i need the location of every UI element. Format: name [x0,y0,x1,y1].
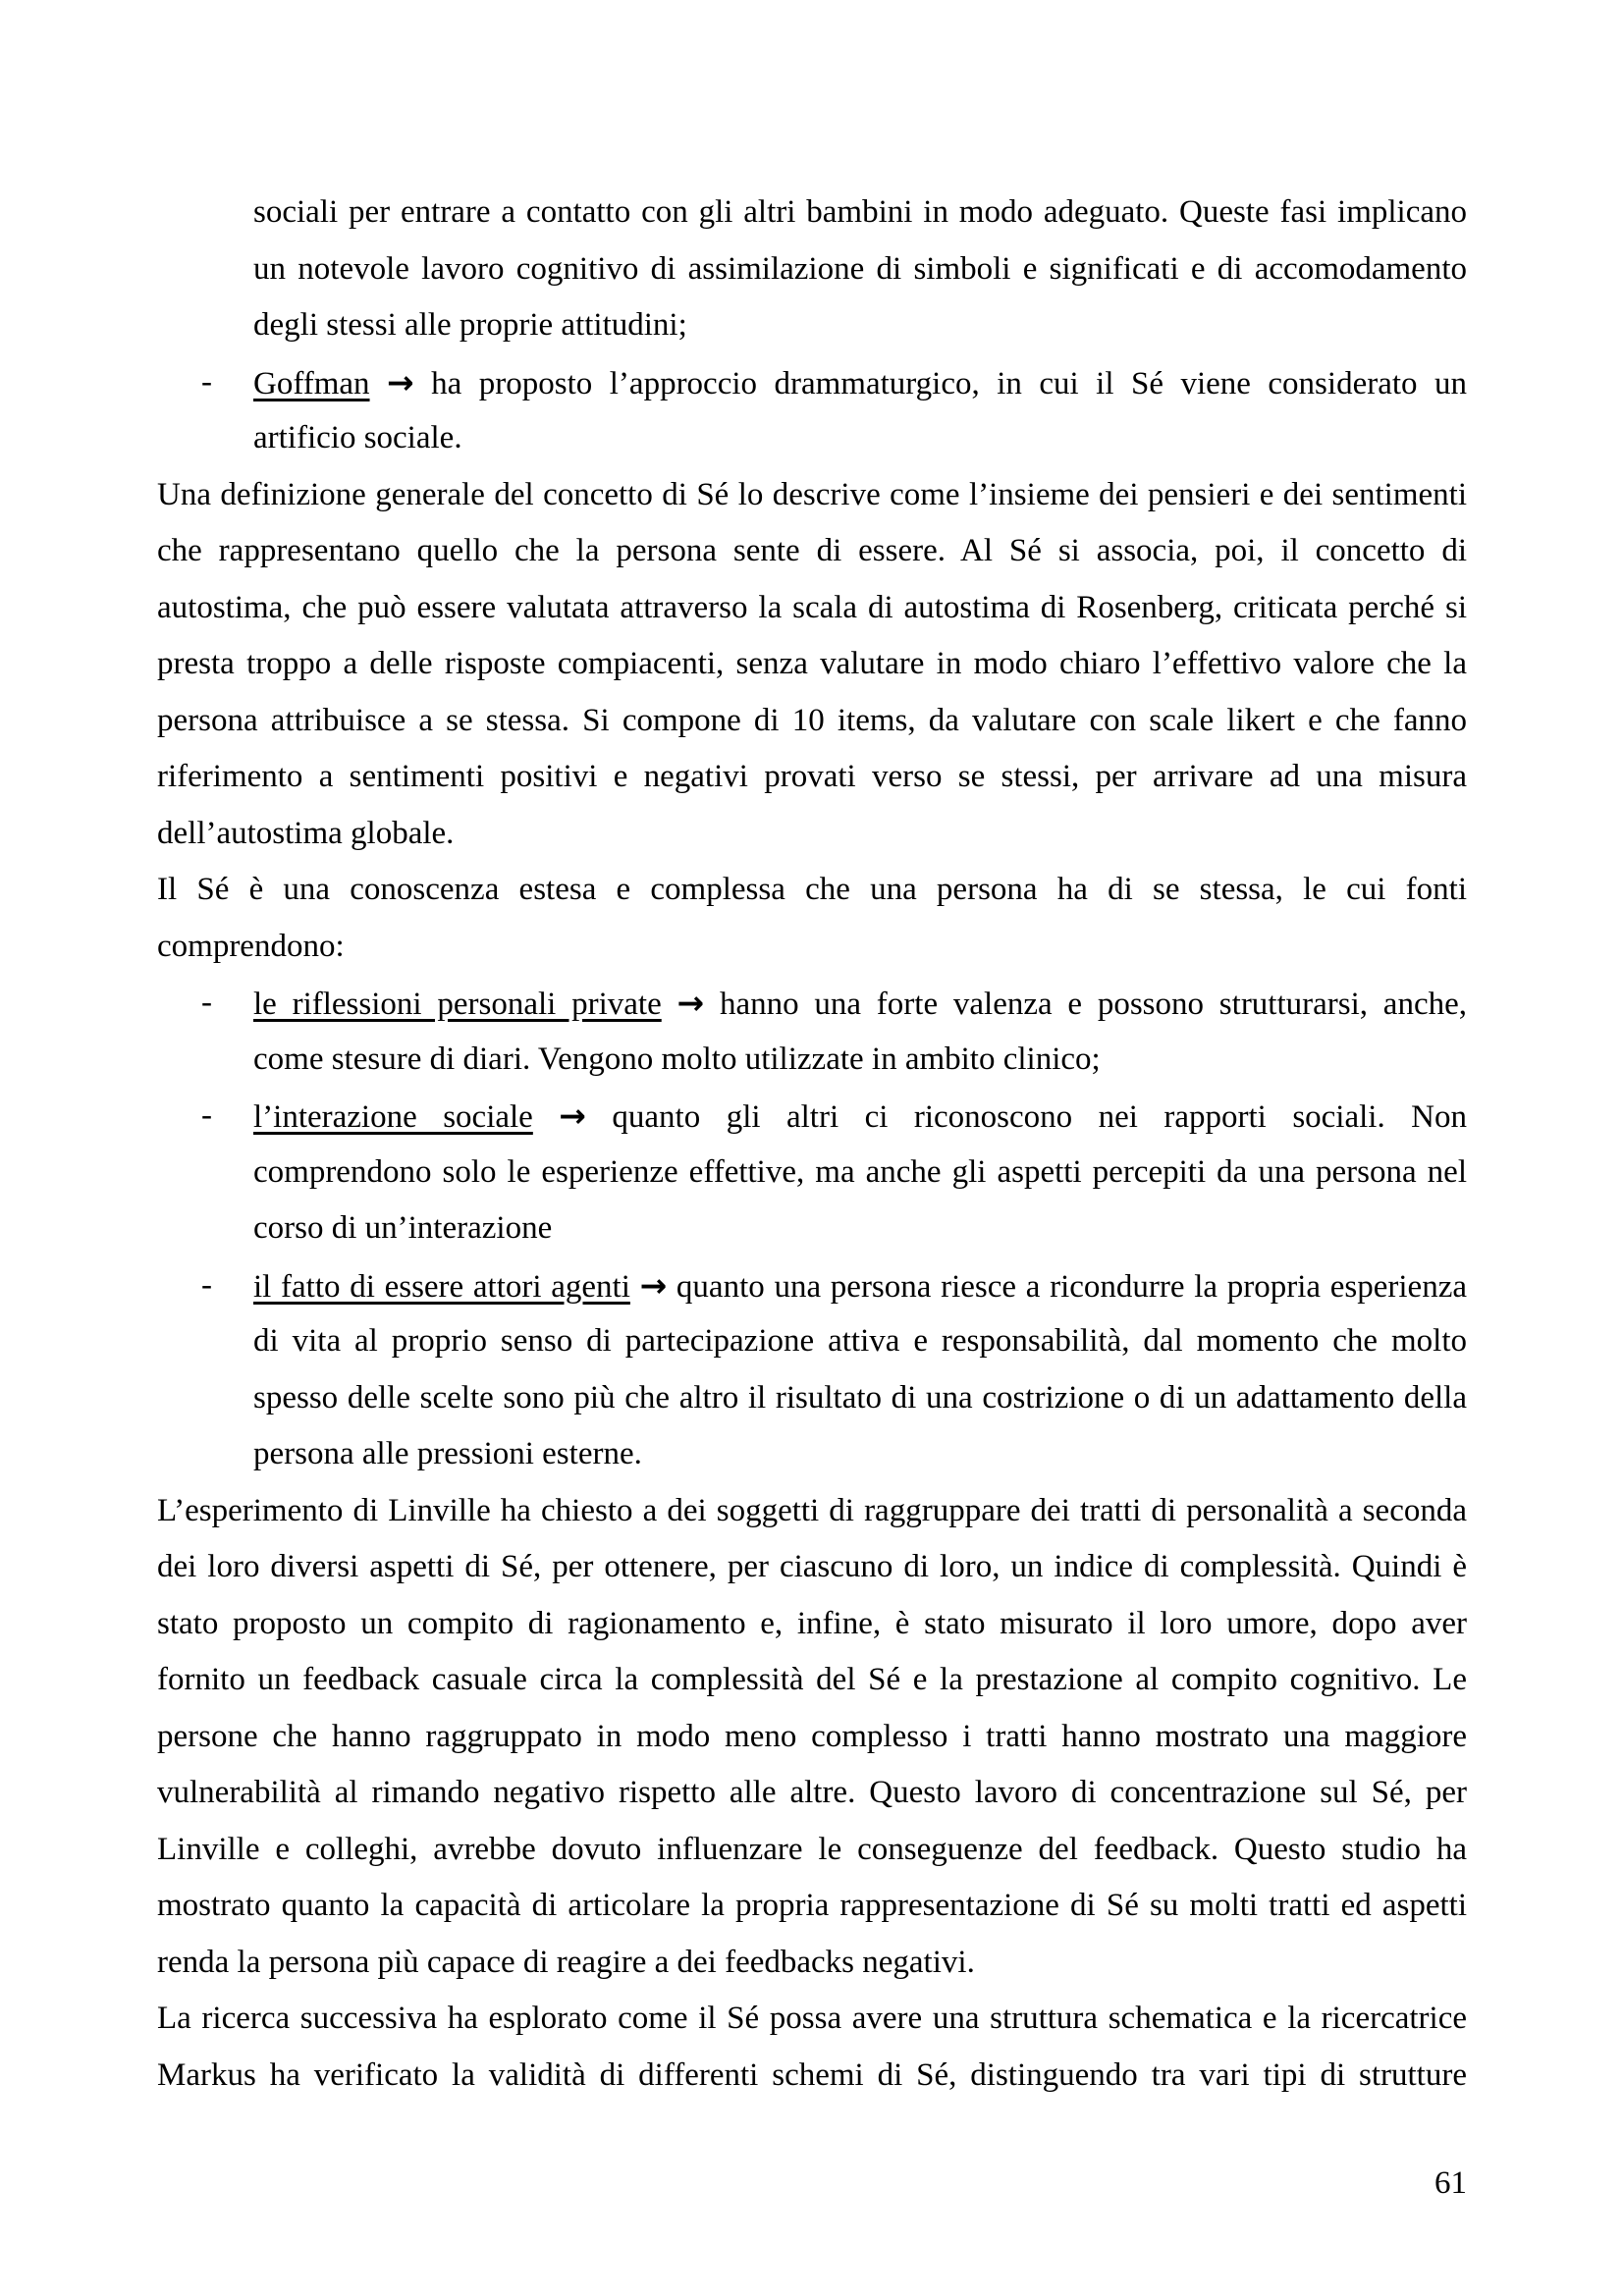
bullet-dash: - [201,975,212,1032]
text-line: artificio sociale. [157,410,1467,467]
text-line: presta troppo a delle risposte compiacen… [157,636,1467,693]
text-line: vulnerabilità al rimando negativo rispet… [157,1765,1467,1822]
text-line: un notevole lavoro cognitivo di assimila… [157,241,1467,298]
text-line: Una definizione generale del concetto di… [157,467,1467,524]
text-run: Markus ha verificato la validità di diff… [157,2057,1467,2093]
text-line: fornito un feedback casuale circa la com… [157,1652,1467,1709]
text-run: persone che hanno raggruppato in modo me… [157,1719,1467,1754]
text-line: dei loro diversi aspetti di Sé, per otte… [157,1539,1467,1596]
arrow-icon: → [640,1266,668,1305]
arrow-icon: → [559,1096,586,1135]
text-run: quanto gli altri ci riconoscono nei rapp… [586,1099,1467,1135]
text-run: renda la persona più capace di reagire a… [157,1945,975,1980]
text-block: sociali per entrare a contatto con gli a… [157,185,1467,2104]
text-run: L’esperimento di Linville ha chiesto a d… [157,1493,1467,1528]
text-line: Markus ha verificato la validità di diff… [157,2048,1467,2105]
text-line: sociali per entrare a contatto con gli a… [157,185,1467,241]
bullet-dash: - [201,1257,212,1314]
text-line: di vita al proprio senso di partecipazio… [157,1313,1467,1370]
text-line: dell’autostima globale. [157,806,1467,863]
underlined-term: Goffman [253,366,370,401]
text-line: persone che hanno raggruppato in modo me… [157,1709,1467,1766]
text-run: che rappresentano quello che la persona … [157,533,1467,568]
text-run: autostima, che può essere valutata attra… [157,590,1467,625]
text-line: degli stessi alle proprie attitudini; [157,297,1467,354]
text-run [533,1099,559,1135]
text-run: quanto una persona riesce a ricondurre l… [667,1269,1467,1305]
text-run: come stesure di diari. Vengono molto uti… [253,1041,1101,1077]
text-run [662,987,677,1022]
text-line: autostima, che può essere valutata attra… [157,580,1467,637]
page-number: 61 [1434,2156,1467,2213]
text-line: mostrato quanto la capacità di articolar… [157,1878,1467,1935]
text-run: persona attribuisce a se stessa. Si comp… [157,703,1467,738]
arrow-icon: → [387,363,414,401]
text-line: -Goffman → ha proposto l’approccio dramm… [157,354,1467,411]
text-line: comprendono: [157,919,1467,976]
text-run: Una definizione generale del concetto di… [157,477,1467,512]
text-run: comprendono solo le esperienze effettive… [253,1154,1467,1190]
text-line: Linville e colleghi, avrebbe dovuto infl… [157,1822,1467,1879]
text-line: come stesure di diari. Vengono molto uti… [157,1032,1467,1089]
text-run: persona alle pressioni esterne. [253,1436,642,1471]
document-page: sociali per entrare a contatto con gli a… [0,0,1623,2296]
text-run: degli stessi alle proprie attitudini; [253,307,687,343]
text-line: La ricerca successiva ha esplorato come … [157,1991,1467,2048]
text-run [630,1269,640,1305]
bullet-dash: - [201,1088,212,1145]
text-run: sociali per entrare a contatto con gli a… [253,194,1467,230]
text-line: comprendono solo le esperienze effettive… [157,1145,1467,1201]
text-line: corso di un’interazione [157,1201,1467,1257]
text-line: persona attribuisce a se stessa. Si comp… [157,693,1467,750]
text-run: artificio sociale. [253,420,462,455]
text-run: riferimento a sentimenti positivi e nega… [157,759,1467,794]
text-run: presta troppo a delle risposte compiacen… [157,646,1467,681]
underlined-term: l’interazione sociale [253,1099,533,1135]
text-run: Il Sé è una conoscenza estesa e compless… [157,872,1467,907]
text-run: un notevole lavoro cognitivo di assimila… [253,251,1467,287]
bullet-dash: - [201,354,212,411]
text-run: corso di un’interazione [253,1210,552,1246]
text-line: -le riflessioni personali private → hann… [157,975,1467,1032]
text-run: stato proposto un compito di ragionament… [157,1606,1467,1641]
text-run: spesso delle scelte sono più che altro i… [253,1380,1467,1415]
text-run: fornito un feedback casuale circa la com… [157,1662,1467,1697]
text-run: mostrato quanto la capacità di articolar… [157,1888,1467,1923]
text-line: Il Sé è una conoscenza estesa e compless… [157,862,1467,919]
text-line: renda la persona più capace di reagire a… [157,1935,1467,1992]
text-line: riferimento a sentimenti positivi e nega… [157,749,1467,806]
underlined-term: il fatto di essere attori agenti [253,1269,630,1305]
underlined-term: le riflessioni personali private [253,987,662,1022]
text-line: stato proposto un compito di ragionament… [157,1596,1467,1653]
text-line: L’esperimento di Linville ha chiesto a d… [157,1483,1467,1540]
text-run: vulnerabilità al rimando negativo rispet… [157,1775,1467,1810]
text-run: hanno una forte valenza e possono strutt… [704,987,1467,1022]
text-line: che rappresentano quello che la persona … [157,523,1467,580]
text-run: comprendono: [157,929,345,964]
text-run: dell’autostima globale. [157,816,454,851]
text-line: spesso delle scelte sono più che altro i… [157,1370,1467,1427]
text-run: dei loro diversi aspetti di Sé, per otte… [157,1549,1467,1584]
text-line: -l’interazione sociale → quanto gli altr… [157,1088,1467,1145]
text-line: -il fatto di essere attori agenti → quan… [157,1257,1467,1314]
text-run: Linville e colleghi, avrebbe dovuto infl… [157,1832,1467,1867]
arrow-icon: → [677,984,705,1022]
text-run: di vita al proprio senso di partecipazio… [253,1323,1467,1359]
text-line: persona alle pressioni esterne. [157,1426,1467,1483]
text-run [370,366,387,401]
text-run: ha proposto l’approccio drammaturgico, i… [414,366,1467,401]
text-run: La ricerca successiva ha esplorato come … [157,2001,1467,2036]
